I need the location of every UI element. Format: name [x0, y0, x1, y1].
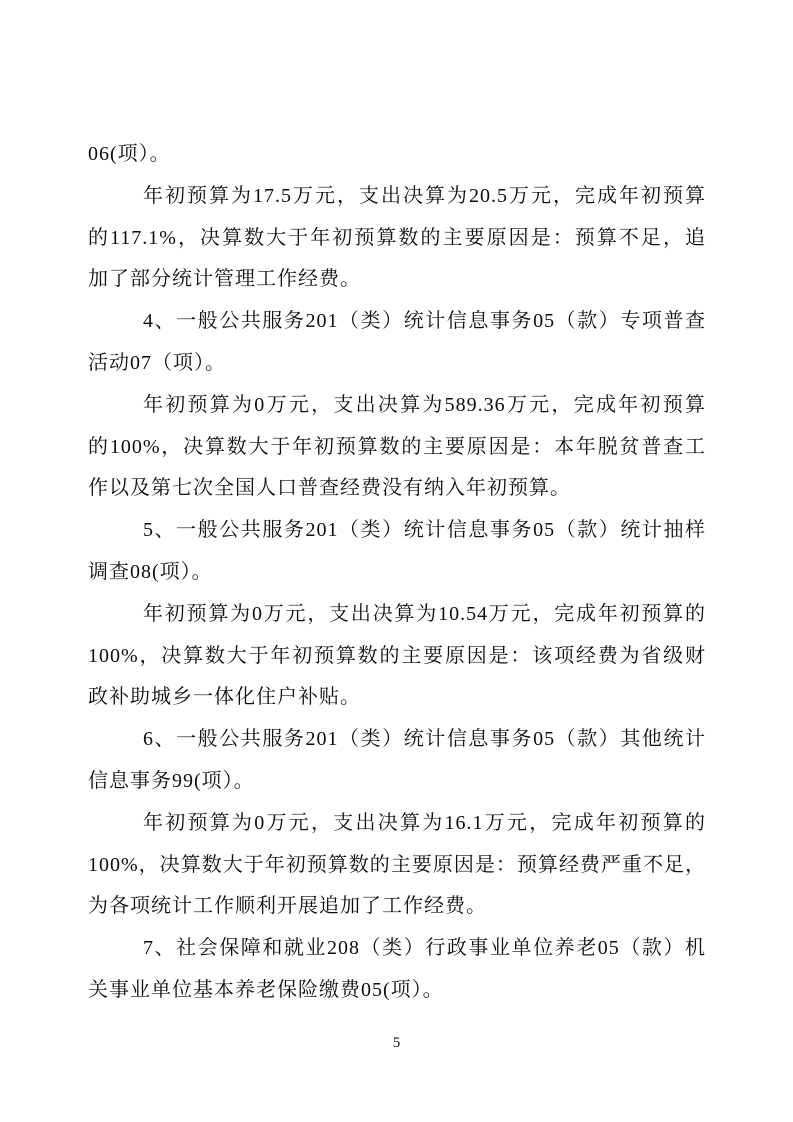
document-line: 调查08(项）。 [88, 552, 706, 594]
page-number: 5 [393, 1035, 401, 1051]
document-line: 100%，决算数大于年初预算数的主要原因是：该项经费为省级财 [88, 636, 706, 678]
document-line: 的100%，决算数大于年初预算数的主要原因是：本年脱贫普查工 [88, 427, 706, 469]
page-footer: 5 [0, 1034, 793, 1052]
document-line: 作以及第七次全国人口普查经费没有纳入年初预算。 [88, 468, 706, 510]
document-line: 政补助城乡一体化住户补贴。 [88, 677, 706, 719]
document-line: 6、一般公共服务201（类）统计信息事务05（款）其他统计 [88, 719, 706, 761]
document-line: 年初预算为17.5万元，支出决算为20.5万元，完成年初预算 [88, 176, 706, 218]
document-line: 的117.1%，决算数大于年初预算数的主要原因是：预算不足，追 [88, 218, 706, 260]
document-line: 年初预算为0万元，支出决算为589.36万元，完成年初预算 [88, 385, 706, 427]
document-line: 06(项）。 [88, 134, 706, 176]
document-line: 4、一般公共服务201（类）统计信息事务05（款）专项普查 [88, 301, 706, 343]
document-line: 100%，决算数大于年初预算数的主要原因是：预算经费严重不足， [88, 845, 706, 887]
document-page: 06(项）。 年初预算为17.5万元，支出决算为20.5万元，完成年初预算 的1… [0, 0, 793, 1122]
document-line: 5、一般公共服务201（类）统计信息事务05（款）统计抽样 [88, 510, 706, 552]
document-line: 年初预算为0万元，支出决算为16.1万元，完成年初预算的 [88, 803, 706, 845]
document-line: 7、社会保障和就业208（类）行政事业单位养老05（款）机 [88, 928, 706, 970]
document-body: 06(项）。 年初预算为17.5万元，支出决算为20.5万元，完成年初预算 的1… [88, 134, 706, 1012]
document-line: 关事业单位基本养老保险缴费05(项）。 [88, 970, 706, 1012]
document-line: 信息事务99(项）。 [88, 761, 706, 803]
document-line: 加了部分统计管理工作经费。 [88, 259, 706, 301]
document-line: 活动07（项）。 [88, 343, 706, 385]
document-line: 为各项统计工作顺利开展追加了工作经费。 [88, 886, 706, 928]
document-line: 年初预算为0万元，支出决算为10.54万元，完成年初预算的 [88, 594, 706, 636]
